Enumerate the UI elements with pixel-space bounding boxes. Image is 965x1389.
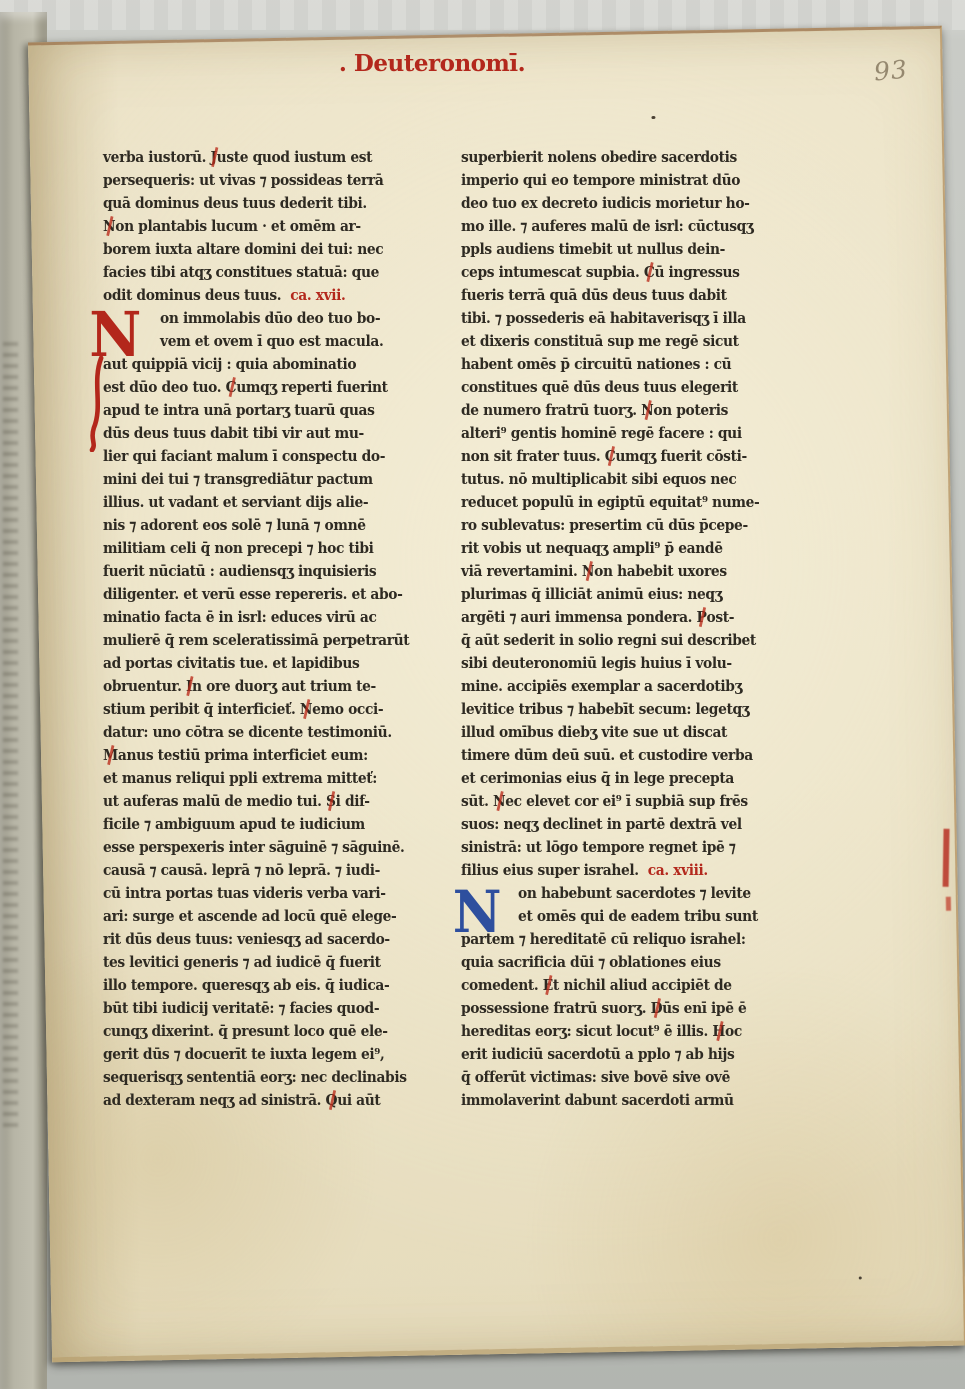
text-line: facies tibi atqʒ constitues statuā: que [103, 261, 409, 284]
rubricated-capital: H [712, 1020, 725, 1043]
text-line: cunqʒ dixerint. q̄ presunt loco quē ele- [103, 1020, 409, 1043]
text-line: ficile ⁊ ambiguum apud te iudicium [103, 813, 409, 836]
text-line: rit dūs deus tuus: veniesqʒ ad sacerdo- [103, 928, 409, 951]
text-line: ceps intumescat supbia. Cū ingressus [461, 261, 759, 284]
text-line: q̄ offerūt victimas: sive bovē sive ovē [461, 1066, 759, 1089]
text-line: comedent. Et nichil aliud accipiēt de [461, 974, 759, 997]
text-line: ppls audiens timebit ut nullus dein- [461, 238, 759, 261]
running-title: . Deuteronomī. [332, 50, 532, 77]
text-line: mo ille. ⁊ auferes malū de isrl: cūctusq… [461, 215, 759, 238]
text-line: illud omībus diebʒ vite sue ut discat [461, 721, 759, 744]
text-line: lier qui faciant malum ī conspectu do- [103, 445, 409, 468]
text-line: non sit frater tuus. Cumqʒ fuerit cōsti- [461, 445, 759, 468]
text-line: ro sublevatus: presertim cū dūs p̄cepe- [461, 514, 759, 537]
rubricated-capital: J [210, 146, 216, 169]
rubricated-capital: Q [326, 1089, 338, 1112]
text-line: illo tempore. queresqʒ ab eis. q̄ iudica… [103, 974, 409, 997]
text-line: ari: surge et ascende ad locū quē elege- [103, 905, 409, 928]
rubricated-capital: C [605, 445, 616, 468]
drop-cap-flourish-tail [87, 356, 107, 452]
text-line: erit iudiciū sacerdotū a pplo ⁊ ab hijs [461, 1043, 759, 1066]
text-line: apud te intra unā portarʒ tuarū quas [103, 399, 409, 422]
text-line: cū intra portas tuas videris verba vari- [103, 882, 409, 905]
text-line: argēti ⁊ auri immensa pondera. Post- [461, 606, 759, 629]
text-line: suos: neqʒ declinet in partē dextrā vel [461, 813, 759, 836]
text-line: filius eius super israhel. ca. xviii. [461, 859, 759, 882]
text-line: borem iuxta altare domini dei tui: nec [103, 238, 409, 261]
text-line: minatio facta ē in isrl: educes virū ac [103, 606, 409, 629]
text-line: sibi deuteronomiū legis huius ī volu- [461, 652, 759, 675]
text-line: timere dūm deū suū. et custodire verba [461, 744, 759, 767]
text-line: esse perspexeris inter sāguinē ⁊ sāguinē… [103, 836, 409, 859]
text-line: aut quippiā vicij : quia abominatio [103, 353, 409, 376]
text-line: partem ⁊ hereditatē cū reliquo israhel: [461, 928, 759, 951]
folio-number: 93 [873, 55, 909, 87]
text-line: reducet populū in egiptū equitat⁹ nume- [461, 491, 759, 514]
text-line: tibi. ⁊ possederis eā habitaverisqʒ ī il… [461, 307, 759, 330]
text-line: on immolabis dūo deo tuo bo- [103, 307, 409, 330]
rubricated-capital: N [300, 698, 312, 721]
text-line: datur: uno cōtra se dicente testimoniū. [103, 721, 409, 744]
text-line: rit vobis ut nequaqʒ ampli⁹ p̄ eandē [461, 537, 759, 560]
text-line: obruentur. In ore duorʒ aut trium te- [103, 675, 409, 698]
rubricated-capital: N [493, 790, 505, 813]
text-line: mulierē q̄ rem sceleratissimā perpetrarū… [103, 629, 409, 652]
text-line: sinistrā: ut lōgo tempore regnet ipē ⁊ [461, 836, 759, 859]
chapter-label: ca. xviii. [648, 861, 708, 879]
text-line: et manus reliqui ppli extrema mitteť: [103, 767, 409, 790]
rubricated-capital: S [326, 790, 336, 813]
text-line: hereditas eorʒ: sicut locut⁹ ē illis. Ho… [461, 1020, 759, 1043]
text-line: habent omēs p̄ circuitū nationes : cū [461, 353, 759, 376]
column-left: verba iustorū. Juste quod iustum estpers… [103, 146, 409, 1112]
drop-cap-initial-blue: N [453, 883, 502, 941]
rubricated-capital: I [186, 675, 192, 698]
text-line: diligenter. et verū esse repereris. et a… [103, 583, 409, 606]
rubricated-capital: E [543, 974, 553, 997]
rubricated-capital: N [641, 399, 653, 422]
text-line: tes levitici generis ⁊ ad iudicē q̄ fuer… [103, 951, 409, 974]
text-line: gerit dūs ⁊ docuerīt te iuxta legem ei⁹, [103, 1043, 409, 1066]
text-line: ad portas civitatis tue. et lapidibus [103, 652, 409, 675]
text-line: et cerimonias eius q̄ in lege precepta [461, 767, 759, 790]
text-line: et omēs qui de eadem tribu sunt [461, 905, 759, 928]
text-line: nis ⁊ adorent eos solē ⁊ lunā ⁊ omnē [103, 514, 409, 537]
rubricated-capital: N [582, 560, 594, 583]
text-line: plurimas q̄ illiciāt animū eius: neqʒ [461, 583, 759, 606]
text-line: de numero fratrū tuorʒ. Non poteris [461, 399, 759, 422]
text-line: est dūo deo tuo. Cumqʒ reperti fuerint [103, 376, 409, 399]
text-line: mine. accipiēs exemplar a sacerdotibʒ [461, 675, 759, 698]
text-line: fueris terrā quā dūs deus tuus dabit [461, 284, 759, 307]
text-line: fuerit nūciatū : audiensqʒ inquisieris [103, 560, 409, 583]
text-line: possessione fratrū suorʒ. Dūs enī ipē ē [461, 997, 759, 1020]
text-line: illius. ut vadant et serviant dijs alie- [103, 491, 409, 514]
rubricated-capital: N [103, 215, 115, 238]
rubricated-capital: C [226, 376, 237, 399]
text-line: et dixeris constituā sup me regē sicut [461, 330, 759, 353]
text-line: vem et ovem ī quo est macula. [103, 330, 409, 353]
photograph-of-book-page: . Deuteronomī. 93 verba iustorū. Juste q… [0, 0, 965, 1389]
text-line: tutus. nō multiplicabit sibi equos nec [461, 468, 759, 491]
text-line: verba iustorū. Juste quod iustum est [103, 146, 409, 169]
text-line: Manus testiū prima interficiet eum: [103, 744, 409, 767]
rubricated-capital: C [644, 261, 655, 284]
text-line: levitice tribus ⁊ habebīt secum: legetqʒ [461, 698, 759, 721]
text-line: sequerisqʒ sententiā eorʒ: nec declinabi… [103, 1066, 409, 1089]
text-line: alteri⁹ gentis hominē regē facere : qui [461, 422, 759, 445]
text-line: causā ⁊ causā. leprā ⁊ nō leprā. ⁊ iudi- [103, 859, 409, 882]
text-line: on habebunt sacerdotes ⁊ levite [461, 882, 759, 905]
text-line: q̄ aūt sederit in solio regni sui descri… [461, 629, 759, 652]
text-line: stium peribit q̄ interficieť. Nemo occi- [103, 698, 409, 721]
text-line: imperio qui eo tempore ministrat dūo [461, 169, 759, 192]
text-line: būt tibi iudicij veritatē: ⁊ facies quod… [103, 997, 409, 1020]
text-line: quia sacrificia dūi ⁊ oblationes eius [461, 951, 759, 974]
text-line: Non plantabis lucum · et omēm ar- [103, 215, 409, 238]
rubricated-capital: P [697, 606, 707, 629]
chapter-label: ca. xvii. [290, 286, 345, 304]
rubricated-capital: M [103, 744, 118, 767]
text-line: deo tuo ex decreto iudicis morietur ho- [461, 192, 759, 215]
drop-cap-initial-red: N [89, 304, 141, 366]
text-line: odit dominus deus tuus. ca. xvii. [103, 284, 409, 307]
text-line: superbierit nolens obedire sacerdotis [461, 146, 759, 169]
text-line: constitues quē dūs deus tuus elegerit [461, 376, 759, 399]
text-line: immolaverint dabunt sacerdoti armū [461, 1089, 759, 1112]
column-right: superbierit nolens obedire sacerdotisimp… [461, 146, 759, 1112]
text-line: persequeris: ut vivas ⁊ possideas terrā [103, 169, 409, 192]
text-line: viā revertamini. Non habebit uxores [461, 560, 759, 583]
text-line: ut auferas malū de medio tui. Si dif- [103, 790, 409, 813]
text-line: ad dexteram neqʒ ad sinistrā. Qui aūt [103, 1089, 409, 1112]
text-line: militiam celi q̄ non precepi ⁊ hoc tibi [103, 537, 409, 560]
text-line: quā dominus deus tuus dederit tibi. [103, 192, 409, 215]
text-line: mini dei tui ⁊ transgrediātur pactum [103, 468, 409, 491]
text-line: sūt. Nec elevet cor ei⁹ ī supbiā sup frē… [461, 790, 759, 813]
rubricated-capital: D [651, 997, 663, 1020]
text-line: dūs deus tuus dabit tibi vir aut mu- [103, 422, 409, 445]
